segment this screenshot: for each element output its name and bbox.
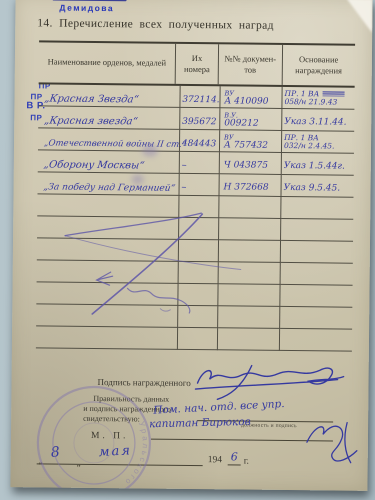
- basis: 058/н 21.9.43: [284, 97, 337, 107]
- doc-number: Н 372668: [224, 183, 269, 192]
- award-name: „Отечественной войны II ст.“: [43, 138, 187, 149]
- awards-table: Наименование орденов, медалей Их номера …: [36, 40, 355, 351]
- date-year-handwritten: 6: [228, 450, 241, 465]
- award-number: –: [181, 182, 186, 193]
- empty-table-row: [36, 326, 352, 351]
- award-number: 395672: [182, 117, 216, 127]
- column-header-basis: Основание награждения: [282, 45, 355, 86]
- doc-number: 009212: [224, 118, 258, 128]
- doc-number: Ч 043875: [224, 161, 268, 170]
- mp-seal-placeholder-label: М. П.: [91, 431, 129, 441]
- basis: 032/н 2.4.45.: [284, 141, 334, 151]
- paper-card: Демидова 14. Перечисление всех полученны…: [10, 0, 372, 491]
- ink-smudge: [132, 174, 144, 184]
- certifier-rank-name: капитан Бирюков: [149, 416, 251, 430]
- basis: Указ 1.5.44г.: [284, 161, 345, 172]
- award-name: „Оборону Москвы“: [43, 159, 145, 171]
- doc-number: А 410090: [224, 96, 268, 106]
- date-rule-line: [37, 463, 203, 466]
- award-number: –: [182, 160, 187, 171]
- rule-line: [151, 439, 333, 442]
- award-name: „За победу над Германией“: [43, 182, 176, 193]
- column-header-name: Наименование орденов, медалей: [39, 42, 176, 83]
- basis: Указ 3.11.44.: [284, 117, 346, 128]
- owner-name-stamp: Демидова: [59, 3, 114, 14]
- award-name: „Красная Звезда“: [44, 93, 140, 105]
- date-suffix: г.: [244, 457, 249, 467]
- doc-number: А 757432: [224, 140, 268, 150]
- date-year-printed: 194: [208, 455, 222, 465]
- struck-out-text: [322, 93, 344, 94]
- column-header-number: Их номера: [176, 44, 220, 84]
- section-title: 14. Перечисление всех полученных наград: [37, 17, 274, 31]
- column-header-document: №№ докумен- тов: [219, 44, 283, 85]
- awardee-signature-label: Подпись награжденного: [97, 377, 190, 388]
- basis: Указ 9.5.45.: [284, 183, 341, 194]
- photo-of-award-record-card: Демидова 14. Перечисление всех полученны…: [0, 0, 375, 500]
- date-day: 8: [50, 444, 60, 461]
- awards-table-header: Наименование орденов, медалей Их номера …: [39, 42, 355, 87]
- paper-corner-glare: [346, 0, 372, 33]
- award-name: „Красная звезда“: [43, 115, 138, 127]
- ink-smudge: [142, 144, 158, 156]
- cropped-top-stamp: [53, 0, 127, 1]
- award-number: 484443: [182, 139, 216, 149]
- award-number: 372114.: [182, 95, 219, 105]
- date-month: мая: [98, 443, 132, 460]
